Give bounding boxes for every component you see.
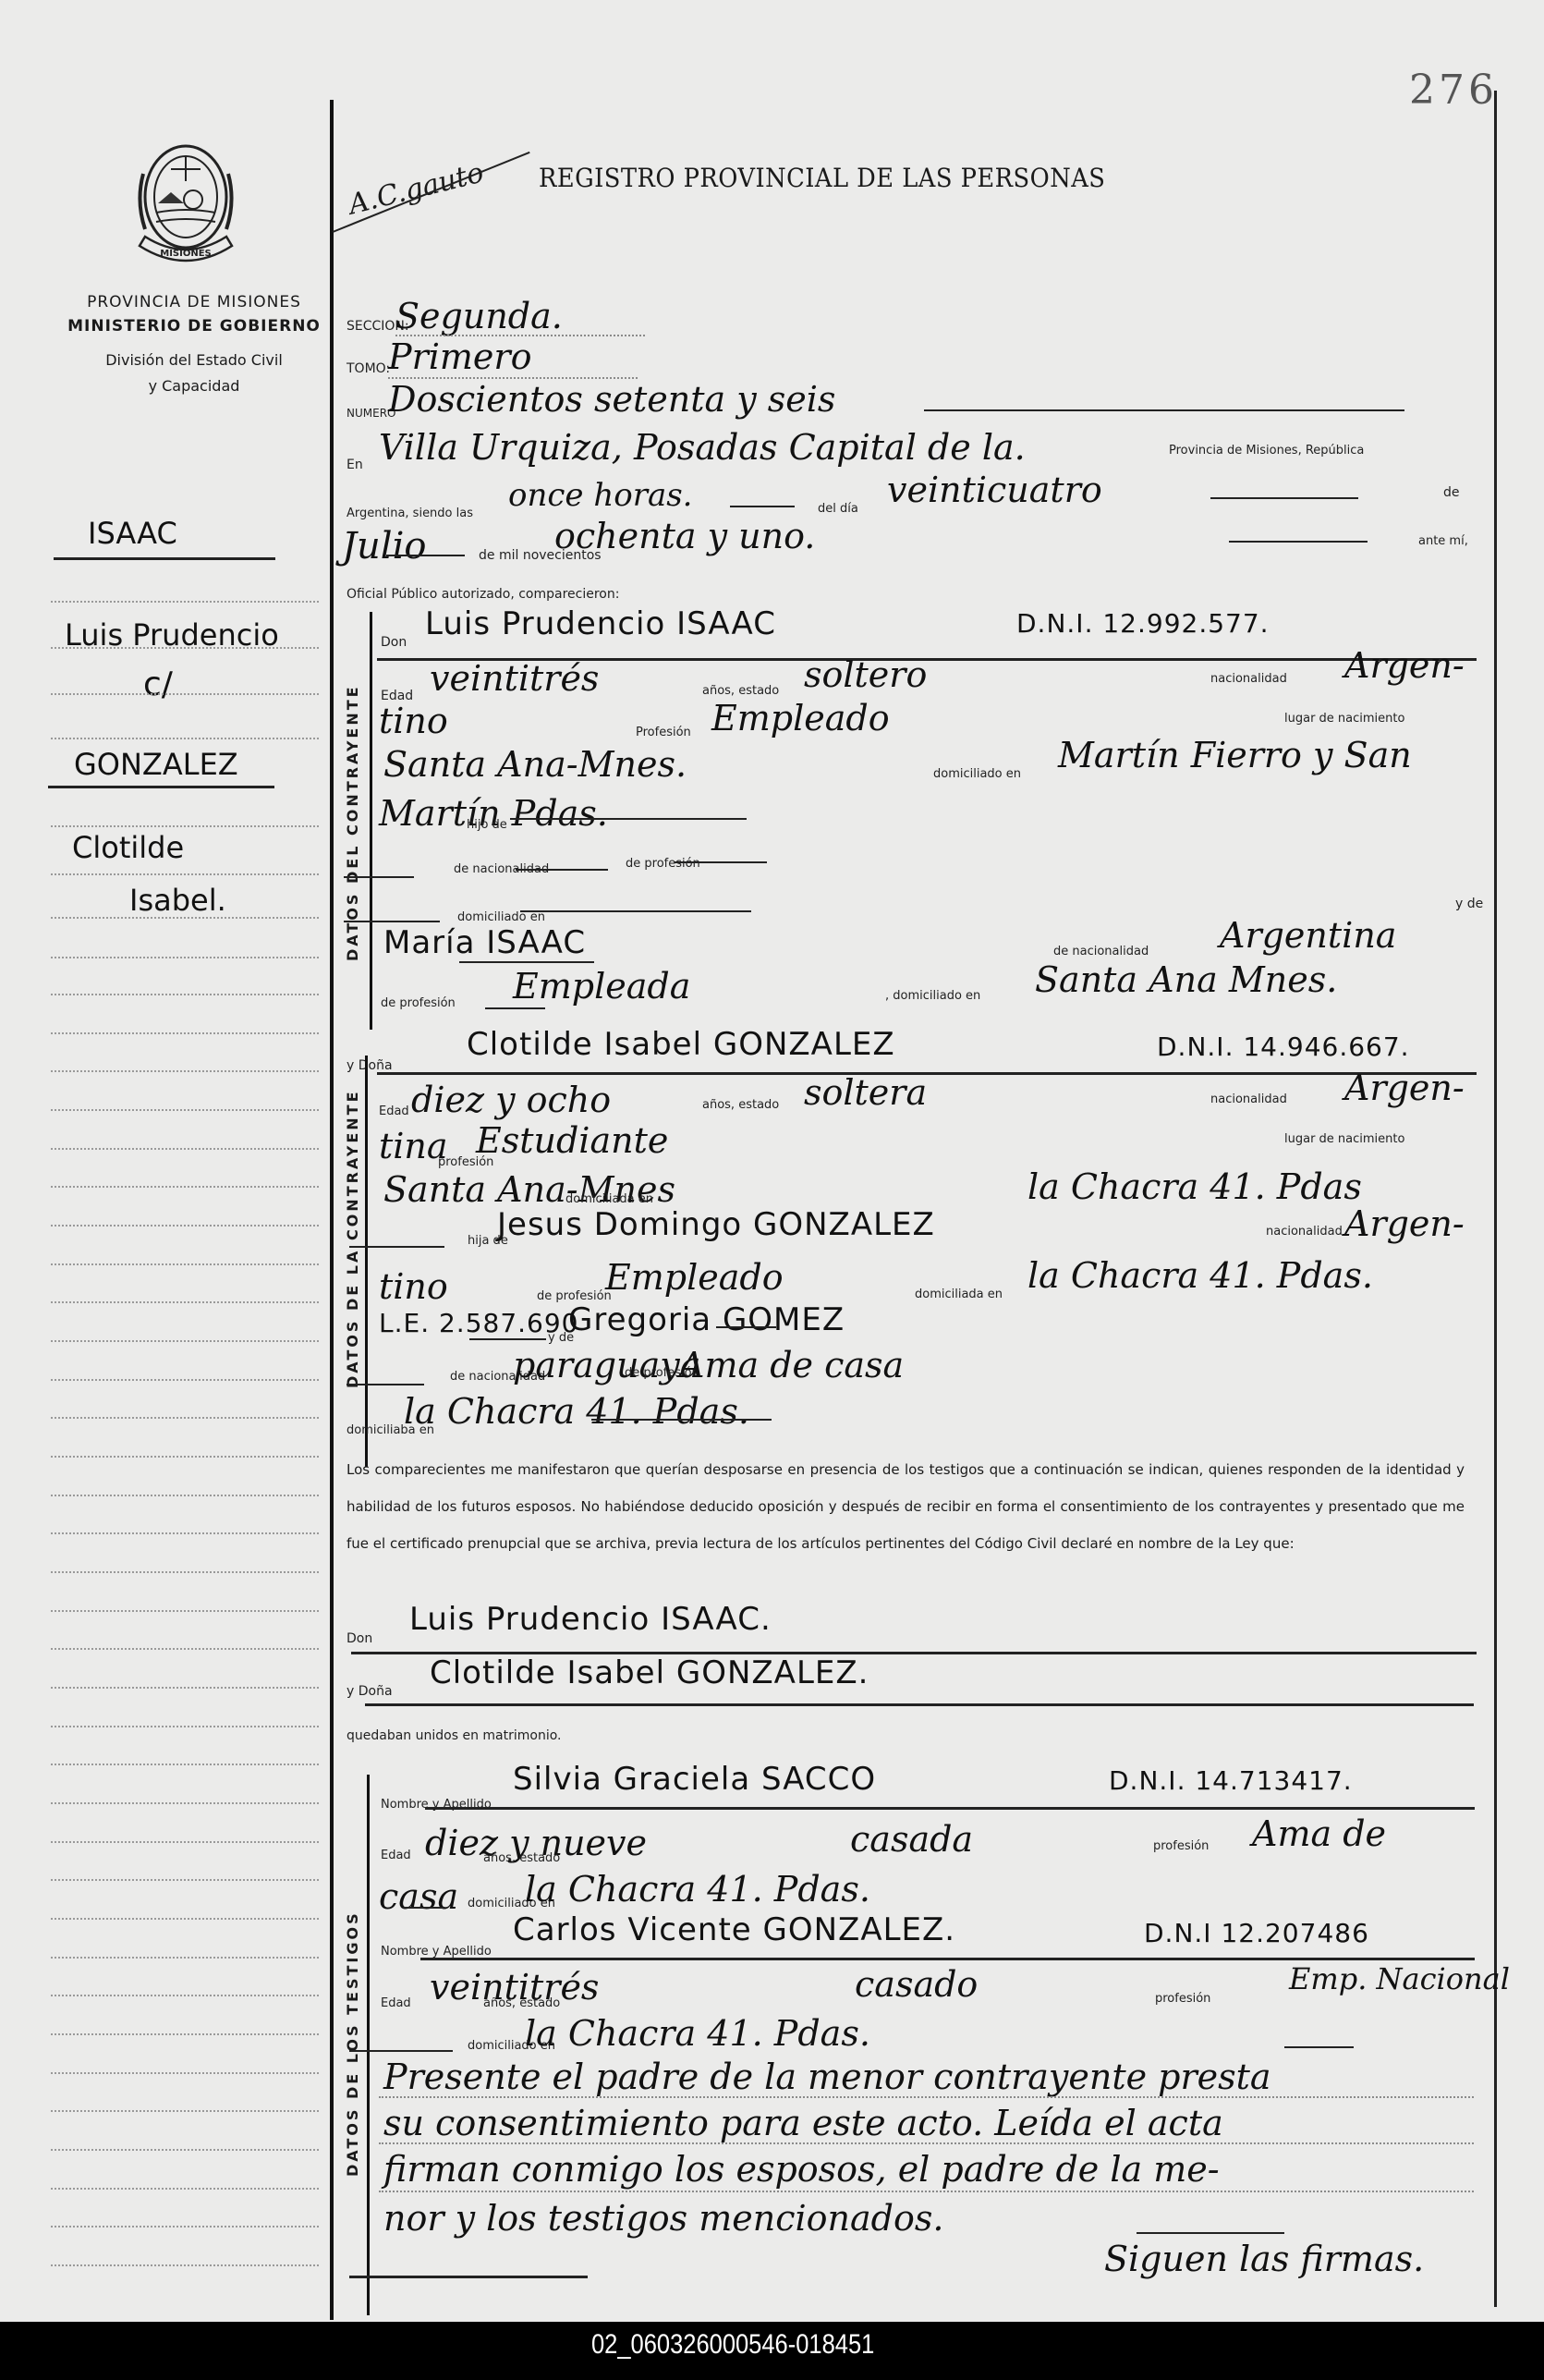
groom-mother-profession: Empleada: [513, 966, 690, 1007]
margin-dotted-line: [51, 825, 319, 827]
bride-marital-status: soltera: [804, 1072, 927, 1113]
margin-dotted-line: [51, 693, 319, 695]
ante-label: ante mí,: [1418, 534, 1468, 548]
witness1-address: la Chacra 41. Pdas.: [525, 1869, 870, 1910]
madre-profesion-label: de profesión: [381, 996, 456, 1010]
notes-line-3: firman conmigo los esposos, el padre de …: [383, 2149, 1220, 2190]
declaration-closing: quedaban unidos en matrimonio.: [346, 1728, 561, 1743]
y-de-label: y de: [1455, 897, 1483, 911]
margin-underline: [48, 786, 274, 788]
de-label: de: [1443, 485, 1460, 500]
margin-conjunction: c/: [143, 665, 173, 703]
domicilio-label: domiciliada en: [565, 1192, 653, 1206]
division-line-1: División del Estado Civil: [55, 351, 333, 369]
bride-mother-name: Gregoria GOMEZ: [568, 1301, 845, 1338]
witness2-profession: Emp. Nacional: [1289, 1961, 1510, 1996]
province-name: PROVINCIA DE MISIONES: [55, 293, 333, 311]
nacionalidad-label: nacionalidad: [1210, 1092, 1287, 1106]
witness2-name: Carlos Vicente GONZALEZ.: [513, 1911, 955, 1948]
witness2-address: la Chacra 41. Pdas.: [525, 2013, 870, 2054]
don-label: Don: [381, 635, 407, 650]
en-value: Villa Urquiza, Posadas Capital de la.: [379, 427, 1026, 468]
margin-dotted-line: [51, 601, 319, 603]
anios-estado-label: años, estado: [702, 684, 779, 698]
groom-nationality-1: Argen-: [1344, 645, 1465, 686]
groom-mother-nationality: Argentina: [1220, 915, 1396, 956]
profesion-label: profesión: [1155, 1992, 1210, 2006]
domicilio-label: domiciliado en: [933, 767, 1021, 781]
groom-profession: Empleado: [711, 698, 890, 738]
declaration-don-label: Don: [346, 1631, 372, 1646]
provincia-text: Provincia de Misiones, República: [1169, 444, 1364, 458]
padre-nacionalidad-label: nacionalidad: [1266, 1225, 1343, 1239]
groom-address-1: Martín Fierro y San: [1058, 735, 1412, 775]
notes-line-1: Presente el padre de la menor contrayent…: [383, 2057, 1271, 2097]
bride-name: Clotilde Isabel GONZALEZ: [467, 1026, 895, 1063]
official-signature: A.C.gauto: [346, 156, 487, 221]
tomo-value: Primero: [388, 336, 531, 377]
groom-name: Luis Prudencio ISAAC: [425, 605, 776, 642]
margin-given-name-bride-1: Clotilde: [72, 830, 184, 865]
margin-dotted-line: [51, 738, 319, 739]
numero-value: Doscientos setenta y seis: [388, 379, 835, 420]
witness1-profession-2: casa: [379, 1876, 458, 1917]
groom-dni: D.N.I. 12.992.577.: [1016, 608, 1270, 639]
witness2-marital-status: casado: [855, 1964, 978, 2005]
declaration-dona-label: y Doña: [346, 1684, 393, 1699]
page-number: 276: [1409, 67, 1498, 114]
lugar-nacimiento-label: lugar de nacimiento: [1284, 712, 1404, 726]
margin-dotted-line: [51, 873, 319, 875]
bride-nationality-1: Argen-: [1344, 1068, 1465, 1108]
bride-father-nationality-1: Argen-: [1344, 1203, 1465, 1244]
lugar-nacimiento-label: lugar de nacimiento: [1284, 1132, 1404, 1146]
declaration-bride-name: Clotilde Isabel GONZALEZ.: [430, 1654, 869, 1691]
margin-surname-groom: ISAAC: [88, 516, 177, 551]
madre-domicilio-label: , domiciliado en: [885, 989, 980, 1003]
padre-domicilio-label: domiciliada en: [915, 1288, 1003, 1301]
margin-dotted-line: [51, 917, 319, 919]
anios-estado-label: años, estado: [702, 1098, 779, 1112]
margin-dotted-line: [51, 647, 319, 649]
nombre-apellido-label: Nombre y Apellido: [381, 1945, 492, 1959]
dona-label: y Doña: [346, 1058, 393, 1073]
dia-label: del día: [818, 502, 858, 516]
bride-age: diez y ocho: [411, 1080, 611, 1120]
madre-nacionalidad-label: de nacionalidad: [1053, 945, 1149, 958]
en-label: En: [346, 458, 363, 472]
groom-mother-address: Santa Ana Mnes.: [1035, 959, 1337, 1000]
groom-birthplace: Santa Ana-Mnes.: [383, 744, 687, 785]
declaration-paragraph: Los comparecientes me manifestaron que q…: [346, 1451, 1465, 1562]
bride-father-profession: Empleado: [605, 1257, 784, 1298]
anios-estado-label: años, estado: [483, 1851, 560, 1865]
notes-line-2: su consentimiento para este acto. Leída …: [383, 2103, 1223, 2143]
document-title: REGISTRO PROVINCIAL DE LAS PERSONAS: [539, 163, 1105, 193]
margin-underline: [54, 557, 275, 560]
testigos-section-label: DATOS DE LOS TESTIGOS: [344, 1910, 361, 2177]
closing-signatures-note: Siguen las firmas.: [1104, 2239, 1424, 2279]
bride-mother-profession: Ama de casa: [679, 1345, 904, 1385]
provincial-seal-icon: MISIONES: [134, 137, 237, 271]
groom-marital-status: soltero: [804, 654, 927, 695]
hora-value: once horas.: [508, 477, 692, 514]
bride-dni: D.N.I. 14.946.667.: [1157, 1031, 1410, 1062]
profesion-label: Profesión: [636, 726, 691, 739]
anio-value: ochenta y uno.: [554, 516, 815, 556]
column-divider: [330, 100, 334, 2320]
witness1-profession-1: Ama de: [1252, 1813, 1386, 1854]
seccion-value: Segunda.: [395, 296, 563, 336]
edad-label: Edad: [381, 1849, 411, 1862]
bride-father-name: Jesus Domingo GONZALEZ: [497, 1206, 935, 1243]
padre-domicilio-label: domiciliado en: [457, 910, 545, 924]
bride-mother-address: la Chacra 41. Pdas.: [404, 1391, 749, 1432]
witness1-marital-status: casada: [850, 1819, 973, 1860]
hijo-de-label: hijo de: [467, 818, 507, 832]
witness1-name: Silvia Graciela SACCO: [513, 1761, 876, 1798]
bride-father-nationality-2: tino: [379, 1266, 448, 1307]
contrayenta-section-label: DATOS DE LA CONTRAYENTE: [344, 1089, 361, 1388]
testigos-section-bar: [367, 1775, 370, 2315]
dia-value: veinticuatro: [887, 470, 1102, 510]
anios-estado-label: años, estado: [483, 1996, 560, 2010]
bride-address: la Chacra 41. Pdas: [1027, 1166, 1362, 1207]
notes-line-4: nor y los testigos mencionados.: [383, 2198, 943, 2239]
ministry-name: MINISTERIO DE GOBIERNO: [55, 317, 333, 336]
mes-value: Julio: [342, 525, 426, 568]
declaration-groom-name: Luis Prudencio ISAAC.: [409, 1601, 772, 1638]
contrayenta-section-bar: [365, 1056, 368, 1467]
groom-nationality-2: tino: [379, 701, 448, 741]
bride-profession: Estudiante: [476, 1120, 668, 1161]
edad-label: Edad: [379, 1105, 409, 1118]
scan-id-code: 02_060326000546-018451: [591, 2329, 874, 2361]
nacionalidad-label: nacionalidad: [1210, 672, 1287, 686]
groom-age: veintitrés: [430, 658, 599, 699]
edad-label: Edad: [381, 1996, 411, 2010]
padre-profesion-label: de profesión: [626, 857, 700, 871]
witness2-dni: D.N.I 12.207486: [1144, 1918, 1369, 1948]
bride-father-address: la Chacra 41. Pdas.: [1027, 1255, 1373, 1296]
tomo-label: TOMO:: [346, 361, 390, 376]
svg-text:MISIONES: MISIONES: [160, 249, 212, 259]
division-line-2: y Capacidad: [55, 377, 333, 395]
margin-surname-bride: GONZALEZ: [74, 747, 238, 782]
witness1-dni: D.N.I. 14.713417.: [1109, 1765, 1353, 1796]
contrayente-section-bar: [370, 612, 372, 1030]
margin-given-name-bride-2: Isabel.: [129, 883, 226, 918]
profesion-label: profesión: [1153, 1839, 1209, 1853]
argentina-label: Argentina, siendo las: [346, 507, 473, 520]
groom-mother-name: María ISAAC: [383, 924, 586, 961]
oficial-text: Oficial Público autorizado, compareciero…: [346, 587, 619, 602]
